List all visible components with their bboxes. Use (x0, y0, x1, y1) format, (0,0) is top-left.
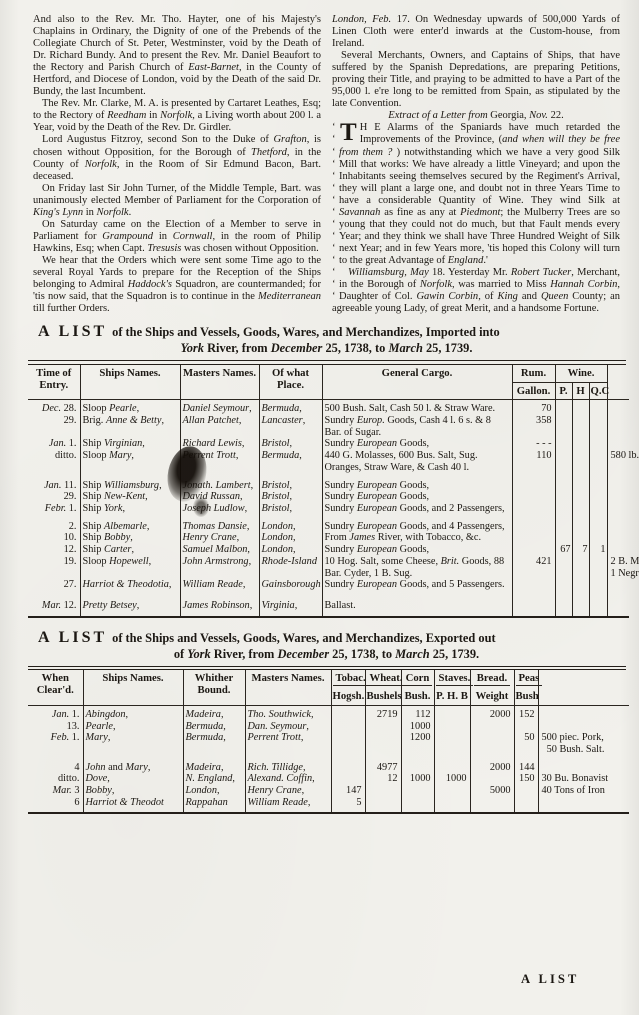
place-cell: Gainsborough (259, 579, 322, 591)
col-header-ships-names: Ships Names. (80, 365, 180, 400)
master-name-cell: Allan Patchet, (180, 415, 259, 438)
cargo-cell: 10 Hog. Salt, some Cheese, Brit. Goods, … (322, 556, 512, 579)
cargo-cell: Sundry European Goods, and 5 Passengers. (322, 579, 512, 591)
wine-pipes-cell (555, 591, 572, 617)
paragraph-london-dateline: London, Feb. 17. On Wednesday upwards of… (332, 14, 620, 50)
margin-note-cell (538, 797, 629, 814)
wine-qcasks-cell (589, 556, 607, 579)
cargo-cell: Sundry European Goods, (322, 491, 512, 503)
import-table-body: Dec. 28.Sloop Pearle,Daniel Seymour,Berm… (28, 400, 629, 617)
margin-note-cell (607, 474, 629, 492)
col-header-whither-bound: Whither Bound. (183, 670, 245, 705)
tobacco-cell (331, 705, 365, 720)
ship-name-cell: Harriot & Theodotia, (80, 579, 180, 591)
peas-cell (514, 797, 538, 814)
col-header-gallon: Gallon. (512, 382, 555, 400)
table-row: 12.Ship Carter,Samuel Malbon,London,Sund… (28, 544, 629, 556)
georgia-letter-text: H E Alarms of the Spaniards have much re… (339, 122, 620, 266)
peas-cell (514, 785, 538, 797)
master-name-cell: Samuel Malbon, (180, 544, 259, 556)
cargo-cell: From James River, with Tobacco, &c. (322, 532, 512, 544)
master-name-cell: Alexand. Coffin, (245, 773, 331, 785)
ship-name-cell: Sloop Pearle, (80, 400, 180, 415)
table-row: 6Harriot & TheodotRappahanWilliam Reade,… (28, 797, 629, 814)
wine-hogsheads-cell: 7 (572, 544, 589, 556)
table-row: 2.Ship Albemarle,Thomas Dansie,London,Su… (28, 515, 629, 533)
col-unit-phb: P. H. B (434, 688, 470, 705)
table-row: ditto.Sloop Mary,Perrent Trott,Bermuda,4… (28, 450, 629, 473)
peas-cell: 50 (514, 732, 538, 755)
col-unit-bush: Bush. (401, 688, 434, 705)
entry-date-cell: 27. (28, 579, 80, 591)
entry-date-cell: 19. (28, 556, 80, 579)
rum-gallons-cell: 110 (512, 450, 555, 473)
bread-cell (470, 797, 514, 814)
staves-cell (434, 797, 470, 814)
corn-cell (401, 797, 434, 814)
whither-bound-cell: Madeira, (183, 705, 245, 720)
cleared-date-cell: ditto. (28, 773, 83, 785)
import-heading-line2: York River, from December 25, 1738, to M… (38, 341, 615, 356)
quote-marks: ‘ ‘ ‘ ‘ ‘ ‘ ‘ ‘ ‘ ‘ ‘ ‘ ‘ ‘ ‘ (332, 122, 339, 303)
news-section: And also to the Rev. Mr. Tho. Hayter, on… (0, 0, 639, 315)
wine-hogsheads-cell (572, 503, 589, 515)
master-name-cell: Joseph Ludlow, (180, 503, 259, 515)
drop-cap: T (340, 123, 357, 143)
paragraph: Several Merchants, Owners, and Captains … (332, 50, 620, 110)
tobacco-cell (331, 732, 365, 755)
ship-name-cell: John and Mary, (83, 756, 183, 774)
wine-pipes-cell (555, 515, 572, 533)
cleared-date-cell: Feb. 1. (28, 732, 83, 755)
ship-name-cell: Dove, (83, 773, 183, 785)
ship-name-cell: Ship Williamsburg, (80, 474, 180, 492)
master-name-cell: Perrent Trott, (245, 732, 331, 755)
wine-pipes-cell (555, 532, 572, 544)
peas-cell (514, 721, 538, 733)
newspaper-page: And also to the Rev. Mr. Tho. Hayter, on… (0, 0, 639, 1015)
tobacco-cell (331, 721, 365, 733)
export-table-header: When Clear'd. Ships Names. Whither Bound… (28, 670, 629, 705)
wine-qcasks-cell (589, 415, 607, 438)
whither-bound-cell: Bermuda, (183, 721, 245, 733)
place-cell: London, (259, 544, 322, 556)
export-heading-text: of the Ships and Vessels, Goods, Wares, … (112, 631, 496, 645)
place-cell: Lancaster, (259, 415, 322, 438)
news-column-right: London, Feb. 17. On Wednesday upwards of… (332, 14, 620, 315)
corn-cell: 1000 (401, 721, 434, 733)
wine-hogsheads-cell (572, 415, 589, 438)
rum-gallons-cell: 70 (512, 400, 555, 415)
ship-name-cell: Pretty Betsey, (80, 591, 180, 617)
import-list-heading: A LISTof the Ships and Vessels, Goods, W… (38, 324, 615, 356)
margin-note-cell: 580 lb. (607, 450, 629, 473)
export-table-body: Jan. 1.Abingdon,Madeira,Tho. Southwick,2… (28, 705, 629, 813)
table-row: 29.Ship New-Kent,David Russan,Bristol,Su… (28, 491, 629, 503)
export-heading-line2: of York River, from December 25, 1738, t… (38, 647, 615, 662)
master-name-cell: John Armstrong, (180, 556, 259, 579)
wheat-cell (365, 797, 401, 814)
import-heading-text: of the Ships and Vessels, Goods, Wares, … (112, 325, 500, 339)
table-row: 13.Pearle,Bermuda,Dan. Seymour,1000 (28, 721, 629, 733)
paragraph: On Saturday came on the Election of a Me… (33, 219, 321, 255)
ship-name-cell: Mary, (83, 732, 183, 755)
margin-note-cell (607, 544, 629, 556)
master-name-cell: Thomas Dansie, (180, 515, 259, 533)
margin-note-cell (538, 721, 629, 733)
bread-cell (470, 721, 514, 733)
margin-note-cell (607, 515, 629, 533)
bread-cell: 2000 (470, 705, 514, 720)
place-cell: Virginia, (259, 591, 322, 617)
ship-name-cell: Ship Carter, (80, 544, 180, 556)
wine-pipes-cell (555, 556, 572, 579)
col-header-corn: Corn (401, 670, 434, 688)
ship-name-cell: Brig. Anne & Betty, (80, 415, 180, 438)
wine-qcasks-cell: 1 (589, 544, 607, 556)
margin-note-cell: 40 Tons of Iron (538, 785, 629, 797)
place-cell: London, (259, 515, 322, 533)
import-table-header: Time of Entry. Ships Names. Masters Name… (28, 365, 629, 400)
col-header-margin (538, 670, 629, 705)
tobacco-cell: 5 (331, 797, 365, 814)
table-row: 10.Ship Bobby,Henry Crane,London,From Ja… (28, 532, 629, 544)
wine-hogsheads-cell (572, 400, 589, 415)
ship-name-cell: Sloop Mary, (80, 450, 180, 473)
staves-cell (434, 785, 470, 797)
wine-hogsheads-cell (572, 591, 589, 617)
table-row: 4John and Mary,Madeira,Rich. Tillidge,49… (28, 756, 629, 774)
margin-note-cell: 2 B. Mol 1 Negro. (607, 556, 629, 579)
entry-date-cell: 10. (28, 532, 80, 544)
place-cell: Bristol, (259, 438, 322, 450)
corn-cell (401, 756, 434, 774)
extract-heading: Extract of a Letter from Georgia, Nov. 2… (332, 110, 620, 122)
a-list-lead: A LIST (38, 629, 107, 646)
cleared-date-cell: 13. (28, 721, 83, 733)
table-row: Jan. 1.Ship Virginian,Richard Lewis,Bris… (28, 438, 629, 450)
paragraph: And also to the Rev. Mr. Tho. Hayter, on… (33, 14, 321, 98)
wine-pipes-cell (555, 438, 572, 450)
cargo-cell: Sundry European Goods, and 4 Passengers, (322, 515, 512, 533)
wine-hogsheads-cell (572, 532, 589, 544)
rum-gallons-cell (512, 503, 555, 515)
col-header-masters-names: Masters Names. (180, 365, 259, 400)
peas-cell: 144 (514, 756, 538, 774)
col-header-wine-h: H (572, 382, 589, 400)
ship-name-cell: Ship Virginian, (80, 438, 180, 450)
margin-note-cell: 30 Bu. Bonavist (538, 773, 629, 785)
margin-note-cell (607, 579, 629, 591)
staves-cell (434, 756, 470, 774)
rum-gallons-cell: 358 (512, 415, 555, 438)
master-name-cell: Henry Crane, (245, 785, 331, 797)
wine-qcasks-cell (589, 474, 607, 492)
col-header-wine: Wine. (555, 365, 607, 382)
tobacco-cell (331, 773, 365, 785)
master-name-cell: William Reade, (180, 579, 259, 591)
export-heading-line1: A LISTof the Ships and Vessels, Goods, W… (38, 630, 615, 646)
place-cell: Bermuda, (259, 450, 322, 473)
table-row: Mar. 12.Pretty Betsey,James Robinson,Vir… (28, 591, 629, 617)
col-header-when-cleared: When Clear'd. (28, 670, 83, 705)
master-name-cell: Daniel Seymour, (180, 400, 259, 415)
entry-date-cell: 29. (28, 491, 80, 503)
ship-name-cell: Sloop Hopewell, (80, 556, 180, 579)
cargo-cell: Sundry European Goods, (322, 474, 512, 492)
cleared-date-cell: Mar. 3 (28, 785, 83, 797)
wine-qcasks-cell (589, 503, 607, 515)
ship-name-cell: Ship New-Kent, (80, 491, 180, 503)
cargo-cell: Sundry European Goods, and 2 Passengers, (322, 503, 512, 515)
wine-qcasks-cell (589, 591, 607, 617)
place-cell: Bristol, (259, 491, 322, 503)
wine-pipes-cell (555, 503, 572, 515)
paragraph: The Rev. Mr. Clarke, M. A. is presented … (33, 98, 321, 134)
cleared-date-cell: 4 (28, 756, 83, 774)
staves-cell (434, 732, 470, 755)
col-header-wheat: Wheat. (365, 670, 401, 688)
place-cell: Bristol, (259, 474, 322, 492)
whither-bound-cell: Rappahan (183, 797, 245, 814)
tobacco-cell (331, 756, 365, 774)
margin-note-cell (607, 532, 629, 544)
wine-pipes-cell (555, 400, 572, 415)
rum-gallons-cell (512, 544, 555, 556)
table-row: 29.Brig. Anne & Betty,Allan Patchet,Lanc… (28, 415, 629, 438)
wine-hogsheads-cell (572, 579, 589, 591)
wine-pipes-cell: 67 (555, 544, 572, 556)
cargo-cell: 500 Bush. Salt, Cash 50 l. & Straw Ware. (322, 400, 512, 415)
col-header-of-what-place: Of what Place. (259, 365, 322, 400)
paragraph: We hear that the Orders which were sent … (33, 255, 321, 315)
master-name-cell: Tho. Southwick, (245, 705, 331, 720)
entry-date-cell: ditto. (28, 450, 80, 473)
master-name-cell: Henry Crane, (180, 532, 259, 544)
wine-qcasks-cell (589, 515, 607, 533)
wine-pipes-cell (555, 474, 572, 492)
cargo-cell: Sundry European Goods, (322, 438, 512, 450)
whither-bound-cell: London, (183, 785, 245, 797)
col-header-time-of-entry: Time of Entry. (28, 365, 80, 400)
cargo-cell: Sundry European Goods, (322, 544, 512, 556)
master-name-cell: Perrent Trott, (180, 450, 259, 473)
ship-name-cell: Pearle, (83, 721, 183, 733)
master-name-cell: William Reade, (245, 797, 331, 814)
wheat-cell (365, 721, 401, 733)
col-header-staves: Staves. (434, 670, 470, 688)
table-row: Jan. 1.Abingdon,Madeira,Tho. Southwick,2… (28, 705, 629, 720)
place-cell: London, (259, 532, 322, 544)
wine-hogsheads-cell (572, 491, 589, 503)
master-name-cell: James Robinson, (180, 591, 259, 617)
whither-bound-cell: Bermuda, (183, 732, 245, 755)
entry-date-cell: 29. (28, 415, 80, 438)
col-header-rum: Rum. (512, 365, 555, 382)
paragraph: On Friday last Sir John Turner, of the M… (33, 183, 321, 219)
master-name-cell: Jonath. Lambert, (180, 474, 259, 492)
rum-gallons-cell (512, 491, 555, 503)
wine-pipes-cell (555, 415, 572, 438)
margin-note-cell (607, 438, 629, 450)
table-row: Dec. 28.Sloop Pearle,Daniel Seymour,Berm… (28, 400, 629, 415)
col-header-tobacco: Tobac. (331, 670, 365, 688)
wine-hogsheads-cell (572, 438, 589, 450)
table-row: 27.Harriot & Theodotia,William Reade,Gai… (28, 579, 629, 591)
margin-note-cell (607, 491, 629, 503)
corn-cell: 1000 (401, 773, 434, 785)
wheat-cell (365, 785, 401, 797)
rum-gallons-cell (512, 515, 555, 533)
entry-date-cell: 12. (28, 544, 80, 556)
col-header-margin (607, 365, 629, 400)
export-list-heading: A LISTof the Ships and Vessels, Goods, W… (38, 630, 615, 662)
catchword: A LIST (521, 972, 579, 987)
bread-cell (470, 732, 514, 755)
corn-cell (401, 785, 434, 797)
cleared-date-cell: 6 (28, 797, 83, 814)
table-row: Feb. 1.Mary,Bermuda,Perrent Trott,120050… (28, 732, 629, 755)
master-name-cell: Richard Lewis, (180, 438, 259, 450)
col-header-masters-names: Masters Names. (245, 670, 331, 705)
wine-qcasks-cell (589, 400, 607, 415)
staves-cell: 1000 (434, 773, 470, 785)
wheat-cell: 4977 (365, 756, 401, 774)
bread-cell: 2000 (470, 756, 514, 774)
export-table: When Clear'd. Ships Names. Whither Bound… (28, 670, 629, 814)
bread-cell (470, 773, 514, 785)
table-row: Jan. 11.Ship Williamsburg,Jonath. Lamber… (28, 474, 629, 492)
col-header-peas: Peas (514, 670, 538, 688)
cargo-cell: 440 G. Molasses, 600 Bus. Salt, Sug. Ora… (322, 450, 512, 473)
place-cell: Bermuda, (259, 400, 322, 415)
ship-name-cell: Bobby, (83, 785, 183, 797)
entry-date-cell: Jan. 1. (28, 438, 80, 450)
paragraph-georgia-letter: ‘ ‘ ‘ ‘ ‘ ‘ ‘ ‘ ‘ ‘ ‘ ‘ ‘ ‘ ‘TH E Alarms… (332, 122, 620, 267)
ship-name-cell: Abingdon, (83, 705, 183, 720)
entry-date-cell: Mar. 12. (28, 591, 80, 617)
wheat-cell: 12 (365, 773, 401, 785)
wine-pipes-cell (555, 450, 572, 473)
rum-gallons-cell (512, 474, 555, 492)
wine-qcasks-cell (589, 438, 607, 450)
col-header-general-cargo: General Cargo. (322, 365, 512, 400)
wine-hogsheads-cell (572, 474, 589, 492)
col-unit-hogsheads: Hogsh. (331, 688, 365, 705)
peas-cell: 152 (514, 705, 538, 720)
news-column-left: And also to the Rev. Mr. Tho. Hayter, on… (33, 14, 321, 315)
cleared-date-cell: Jan. 1. (28, 705, 83, 720)
import-table: Time of Entry. Ships Names. Masters Name… (28, 365, 629, 618)
col-header-ships-names: Ships Names. (83, 670, 183, 705)
entry-date-cell: Febr. 1. (28, 503, 80, 515)
rum-gallons-cell (512, 532, 555, 544)
tobacco-cell: 147 (331, 785, 365, 797)
ship-name-cell: Ship Bobby, (80, 532, 180, 544)
table-row: Mar. 3Bobby,London,Henry Crane,147500040… (28, 785, 629, 797)
place-cell: Bristol, (259, 503, 322, 515)
col-header-wine-qc: Q.C (589, 382, 607, 400)
peas-cell: 150 (514, 773, 538, 785)
cargo-cell: Ballast. (322, 591, 512, 617)
place-cell: Rhode-Island (259, 556, 322, 579)
margin-note-cell (607, 591, 629, 617)
import-heading-line1: A LISTof the Ships and Vessels, Goods, W… (38, 324, 615, 340)
a-list-lead: A LIST (38, 323, 107, 340)
cargo-cell: Sundry Europ. Goods, Cash 4 l. 6 s. & 8 … (322, 415, 512, 438)
wine-hogsheads-cell (572, 515, 589, 533)
wheat-cell: 2719 (365, 705, 401, 720)
staves-cell (434, 721, 470, 733)
wine-qcasks-cell (589, 450, 607, 473)
col-header-wine-p: P. (555, 382, 572, 400)
master-name-cell: Rich. Tillidge, (245, 756, 331, 774)
corn-cell: 1200 (401, 732, 434, 755)
paragraph: Lord Augustus Fitzroy, second Son to the… (33, 134, 321, 182)
rum-gallons-cell (512, 579, 555, 591)
rum-gallons-cell: - - - (512, 438, 555, 450)
table-row: 19.Sloop Hopewell,John Armstrong,Rhode-I… (28, 556, 629, 579)
col-unit-weight: Weight (470, 688, 514, 705)
margin-note-cell (607, 400, 629, 415)
corn-cell: 112 (401, 705, 434, 720)
ship-name-cell: Harriot & Theodot (83, 797, 183, 814)
table-row: Febr. 1.Ship York,Joseph Ludlow,Bristol,… (28, 503, 629, 515)
master-name-cell: Dan. Seymour, (245, 721, 331, 733)
margin-note-cell (538, 705, 629, 720)
entry-date-cell: 2. (28, 515, 80, 533)
staves-cell (434, 705, 470, 720)
rum-gallons-cell (512, 591, 555, 617)
margin-note-cell (607, 503, 629, 515)
rum-gallons-cell: 421 (512, 556, 555, 579)
wine-qcasks-cell (589, 532, 607, 544)
col-unit-bushels: Bushels (365, 688, 401, 705)
master-name-cell: David Russan, (180, 491, 259, 503)
wine-hogsheads-cell (572, 450, 589, 473)
whither-bound-cell: Madeira, (183, 756, 245, 774)
paragraph-williamsburg-dateline: Williamsburg, May 18. Yesterday Mr. Robe… (332, 267, 620, 315)
entry-date-cell: Jan. 11. (28, 474, 80, 492)
margin-note-cell (607, 415, 629, 438)
entry-date-cell: Dec. 28. (28, 400, 80, 415)
col-unit-bush: Bush (514, 688, 538, 705)
wine-hogsheads-cell (572, 556, 589, 579)
col-header-bread: Bread. (470, 670, 514, 688)
ship-name-cell: Ship York, (80, 503, 180, 515)
wine-pipes-cell (555, 579, 572, 591)
bread-cell: 5000 (470, 785, 514, 797)
wine-pipes-cell (555, 491, 572, 503)
wheat-cell (365, 732, 401, 755)
ship-name-cell: Ship Albemarle, (80, 515, 180, 533)
wine-qcasks-cell (589, 491, 607, 503)
table-row: ditto.Dove,N. England,Alexand. Coffin,12… (28, 773, 629, 785)
margin-note-cell: 500 piec. Pork, 50 Bush. Salt. (538, 732, 629, 755)
margin-note-cell (538, 756, 629, 774)
wine-qcasks-cell (589, 579, 607, 591)
whither-bound-cell: N. England, (183, 773, 245, 785)
